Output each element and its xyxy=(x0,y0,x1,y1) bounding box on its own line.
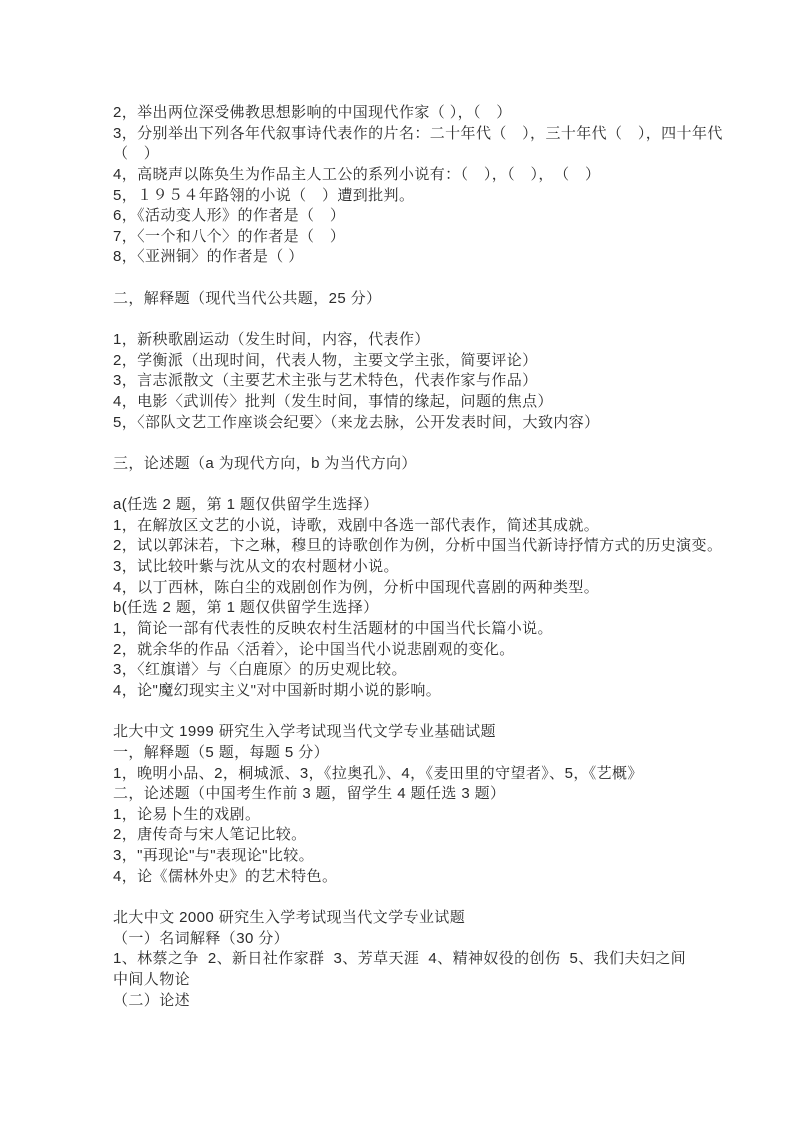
text-line: 1，论易卜生的戏剧。 xyxy=(113,805,744,826)
text-line: （一）名词解释（30 分） xyxy=(113,929,744,950)
text-line: 二，论述题（中国考生作前 3 题，留学生 4 题任选 3 题） xyxy=(113,784,744,805)
text-line: 2，试以郭沫若，卞之琳，穆旦的诗歌创作为例，分析中国当代新诗抒情方式的历史演变。 xyxy=(113,536,744,557)
text-line xyxy=(113,887,744,908)
text-line xyxy=(113,475,744,496)
text-line xyxy=(113,309,744,330)
text-line: 4，论"魔幻现实主义"对中国新时期小说的影响。 xyxy=(113,681,744,702)
document-page: 2，举出两位深受佛教思想影响的中国现代作家（ ），（ ）3，分别举出下列各年代叙… xyxy=(0,0,794,1123)
text-line: 2，就余华的作品〈活着〉，论中国当代小说悲剧观的变化。 xyxy=(113,640,744,661)
text-line: 中间人物论 xyxy=(113,970,744,991)
text-line: 8，〈亚洲铜〉的作者是（ ） xyxy=(113,247,744,268)
text-line: （二）论述 xyxy=(113,991,744,1012)
text-line: 3，分别举出下列各年代叙事诗代表作的片名：二十年代（ ），三十年代（ ），四十年… xyxy=(113,124,744,145)
text-line: 二，解释题（现代当代公共题，25 分） xyxy=(113,289,744,310)
text-line: 1，简论一部有代表性的反映农村生活题材的中国当代长篇小说。 xyxy=(113,619,744,640)
text-line: 北大中文 2000 研究生入学考试现当代文学专业试题 xyxy=(113,908,744,929)
text-line xyxy=(113,702,744,723)
text-line: 2，唐传奇与宋人笔记比较。 xyxy=(113,825,744,846)
text-line: 4，论《儒林外史》的艺术特色。 xyxy=(113,867,744,888)
text-line: 1，晚明小品、2，桐城派、3，《拉奥孔》、4，《麦田里的守望者》、5，《艺概》 xyxy=(113,764,744,785)
text-line: a(任选 2 题，第 1 题仅供留学生选择） xyxy=(113,495,744,516)
text-line: 3，"再现论"与"表现论"比较。 xyxy=(113,846,744,867)
text-line: 7，〈一个和八个〉的作者是（ ） xyxy=(113,227,744,248)
text-line: 1，新秧歌剧运动（发生时间，内容，代表作） xyxy=(113,330,744,351)
text-line xyxy=(113,268,744,289)
text-line: 3，言志派散文（主要艺术主张与艺术特色，代表作家与作品） xyxy=(113,371,744,392)
text-line: 4，电影〈武训传〉批判（发生时间，事情的缘起，问题的焦点） xyxy=(113,392,744,413)
text-line: 一，解释题（5 题，每题 5 分） xyxy=(113,743,744,764)
text-line: 三，论述题（a 为现代方向，b 为当代方向） xyxy=(113,454,744,475)
text-line: 6，《活动变人形》的作者是（ ） xyxy=(113,206,744,227)
text-line: 北大中文 1999 研究生入学考试现当代文学专业基础试题 xyxy=(113,722,744,743)
text-line: 4，以丁西林，陈白尘的戏剧创作为例，分析中国现代喜剧的两种类型。 xyxy=(113,578,744,599)
text-line: 3，〈红旗谱〉与〈白鹿原〉的历史观比较。 xyxy=(113,660,744,681)
text-line: 3，试比较叶紫与沈从文的农村题材小说。 xyxy=(113,557,744,578)
text-line: 1、林蔡之争 2、新日社作家群 3、芳草天涯 4、精神奴役的创伤 5、我们夫妇之… xyxy=(113,949,744,970)
text-line: 5，〈部队文艺工作座谈会纪要〉（来龙去脉，公开发表时间，大致内容） xyxy=(113,413,744,434)
text-line: （ ） xyxy=(113,144,744,165)
text-line: 5，１９５４年路翎的小说（ ）遭到批判。 xyxy=(113,186,744,207)
text-line: 1，在解放区文艺的小说，诗歌，戏剧中各选一部代表作，简述其成就。 xyxy=(113,516,744,537)
text-line: b(任选 2 题，第 1 题仅供留学生选择） xyxy=(113,598,744,619)
text-line: 2，举出两位深受佛教思想影响的中国现代作家（ ），（ ） xyxy=(113,103,744,124)
text-line xyxy=(113,433,744,454)
document-text: 2，举出两位深受佛教思想影响的中国现代作家（ ），（ ）3，分别举出下列各年代叙… xyxy=(113,103,744,1011)
text-line: 2，学衡派（出现时间，代表人物，主要文学主张，简要评论） xyxy=(113,351,744,372)
text-line: 4，高晓声以陈奂生为作品主人工公的系列小说有：（ ），（ ）， （ ） xyxy=(113,165,744,186)
